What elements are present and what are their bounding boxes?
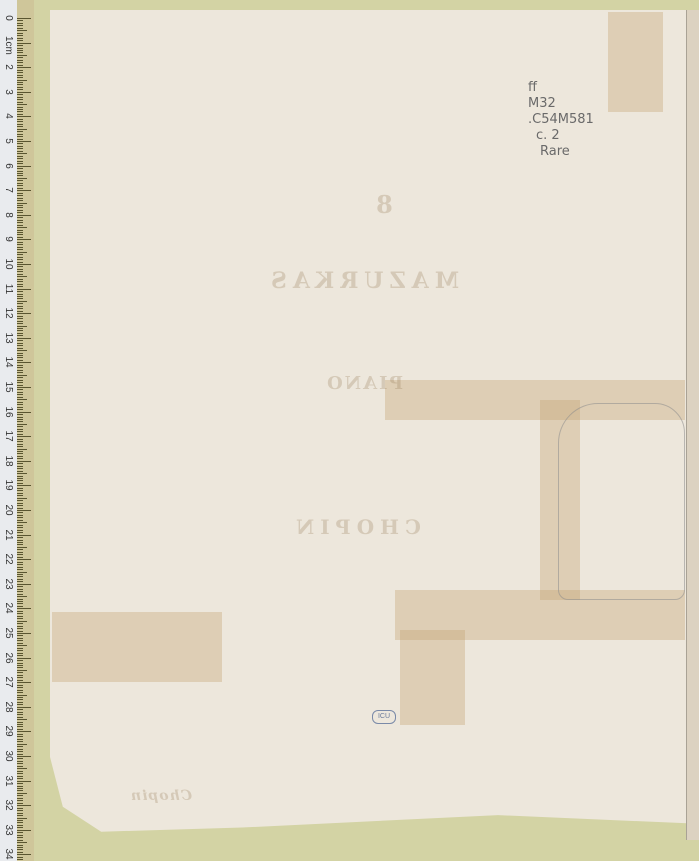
ruler-tick <box>17 77 23 78</box>
ruler-tick <box>17 131 23 132</box>
ruler-tick <box>17 163 23 164</box>
tape-stain-top-right <box>608 12 663 112</box>
ruler-tick <box>17 778 23 779</box>
ruler-tick <box>17 183 23 184</box>
ruler-tick <box>17 417 23 418</box>
ruler-tick <box>17 854 31 855</box>
ruler-label: 34 <box>3 847 13 861</box>
ruler-tick <box>17 754 23 755</box>
ruler-tick <box>17 343 23 344</box>
ruler-tick <box>17 557 23 558</box>
ruler-tick <box>17 763 23 764</box>
ruler-tick <box>17 722 23 723</box>
ruler-tick <box>17 485 31 486</box>
ruler-tick <box>17 500 23 501</box>
ruler-tick <box>17 672 23 673</box>
ruler-tick <box>17 20 23 21</box>
ruler-tick <box>17 773 23 774</box>
ruler-tick <box>17 832 23 833</box>
ruler-tick <box>17 338 31 339</box>
ruler-tick <box>17 731 31 732</box>
ruler-tick <box>17 685 23 686</box>
ruler-tick <box>17 756 31 757</box>
ruler-tick <box>17 490 23 491</box>
ruler-tick <box>17 493 23 494</box>
ruler-tick <box>17 372 23 373</box>
ruler-tick <box>17 633 31 634</box>
ruler-tick <box>17 311 23 312</box>
ruler-label: 30 <box>3 749 13 763</box>
ruler-tick <box>17 508 23 509</box>
ruler-tick <box>17 468 23 469</box>
ruler-tick <box>17 535 31 536</box>
ruler-tick <box>17 522 27 523</box>
ruler-tick <box>17 746 23 747</box>
ruler-tick <box>17 67 31 68</box>
ruler-tick <box>17 771 23 772</box>
ruler-tick <box>17 289 31 290</box>
ruler-tick <box>17 729 23 730</box>
ruler-tick <box>17 217 23 218</box>
ruler-tick <box>17 291 23 292</box>
ruler-tick <box>17 97 23 98</box>
ruler-tick <box>17 847 23 848</box>
ruler-tick <box>17 414 23 415</box>
ruler-tick <box>17 734 23 735</box>
tape-stain-left <box>52 612 222 682</box>
ruler-tick <box>17 33 23 34</box>
ruler-tick <box>17 650 23 651</box>
ruler-tick <box>17 72 23 73</box>
ruler-tick <box>17 166 31 167</box>
ruler-tick <box>17 564 23 565</box>
ruler-tick <box>17 48 23 49</box>
ruler-tick <box>17 495 23 496</box>
ruler-tick <box>17 645 27 646</box>
ruler-tick <box>17 397 23 398</box>
ruler-tick <box>17 25 23 26</box>
bleed-instrument: PIANO <box>325 373 403 394</box>
ruler-tick <box>17 707 31 708</box>
tape-stain-lower <box>400 630 465 725</box>
ruler-tick <box>17 613 23 614</box>
ruler-tick <box>17 129 27 130</box>
ruler-label: 22 <box>3 552 13 566</box>
ruler-tick <box>17 736 23 737</box>
ruler-tick <box>17 815 23 816</box>
ruler-tick <box>17 635 23 636</box>
ruler-tick <box>17 424 27 425</box>
ruler-tick <box>17 690 23 691</box>
ruler-tick <box>17 409 23 410</box>
ruler-tick <box>17 611 23 612</box>
ruler-tick <box>17 699 23 700</box>
ruler-tick <box>17 121 23 122</box>
ruler-tick <box>17 822 23 823</box>
ruler-tick <box>17 269 23 270</box>
ruler-tick <box>17 449 27 450</box>
ruler-tick <box>17 530 23 531</box>
ruler-tick <box>17 761 23 762</box>
ruler-tick <box>17 594 23 595</box>
ruler-tick <box>17 461 31 462</box>
ruler-tick <box>17 544 23 545</box>
ruler-tick <box>17 119 23 120</box>
ruler-tick <box>17 692 23 693</box>
ruler-tick <box>17 421 23 422</box>
ruler-tick <box>17 198 23 199</box>
ruler-tick <box>17 321 23 322</box>
ruler-tick <box>17 230 23 231</box>
ruler-tick <box>17 549 23 550</box>
ruler-tick <box>17 665 23 666</box>
ruler-tick <box>17 859 23 860</box>
ruler-tick <box>17 247 23 248</box>
ruler-tick <box>17 139 23 140</box>
ruler-tick <box>17 562 23 563</box>
ruler-tick <box>17 719 27 720</box>
ruler-tick <box>17 168 23 169</box>
ruler-label: 33 <box>3 823 13 837</box>
ruler-tick <box>17 820 23 821</box>
ruler-tick <box>17 89 23 90</box>
ruler-tick <box>17 301 27 302</box>
ruler-tick <box>17 340 23 341</box>
ruler-tick <box>17 766 23 767</box>
ruler-tick <box>17 488 23 489</box>
ruler-tick <box>17 175 23 176</box>
ruler-tick <box>17 38 23 39</box>
ruler-tick <box>17 227 27 228</box>
ruler-label: 3 <box>3 85 13 99</box>
ruler-tick <box>17 576 23 577</box>
ruler-tick <box>17 57 23 58</box>
ruler-tick <box>17 328 23 329</box>
ruler-tick <box>17 259 23 260</box>
ruler-tick <box>17 402 23 403</box>
ruler-tick <box>17 357 23 358</box>
ruler-tick <box>17 23 23 24</box>
ruler-tick <box>17 207 23 208</box>
ruler-tick <box>17 512 23 513</box>
ruler-tick <box>17 429 23 430</box>
ruler-tick <box>17 643 23 644</box>
ruler-tick <box>17 628 23 629</box>
ruler-tick <box>17 380 23 381</box>
ruler-tick <box>17 825 23 826</box>
ruler-label: 26 <box>3 651 13 665</box>
ruler-tick <box>17 392 23 393</box>
ruler-tick <box>17 618 23 619</box>
pencil-call-number: ff M32 .C54M581 c. 2 Rare <box>528 80 594 160</box>
ruler-label: 7 <box>3 183 13 197</box>
ruler-tick <box>17 375 27 376</box>
ruler-tick <box>17 412 31 413</box>
ruler-tick <box>17 621 27 622</box>
ruler-tick <box>17 116 31 117</box>
bleed-composer: CHOPIN <box>290 515 421 539</box>
ruler-tick <box>17 675 23 676</box>
library-stamp: ICU <box>372 710 396 724</box>
ruler-tick <box>17 84 23 85</box>
ruler-tick <box>17 151 23 152</box>
ruler-tick <box>17 254 23 255</box>
ruler-tick <box>17 104 27 105</box>
ruler-tick <box>17 849 23 850</box>
ruler-tick <box>17 793 27 794</box>
ruler-tick <box>17 525 23 526</box>
ruler-tick <box>17 658 31 659</box>
ruler-label: 28 <box>3 700 13 714</box>
ruler-tick <box>17 483 23 484</box>
ruler-tick <box>17 599 23 600</box>
ruler-tick <box>17 446 23 447</box>
ruler-tick <box>17 744 27 745</box>
ruler-tick <box>17 355 23 356</box>
ruler-tick <box>17 362 31 363</box>
ruler-tick <box>17 537 23 538</box>
ruler-tick <box>17 786 23 787</box>
ruler-tick <box>17 608 31 609</box>
ruler-tick <box>17 547 27 548</box>
ruler-tick <box>17 648 23 649</box>
ruler-tick <box>17 30 27 31</box>
ruler-tick <box>17 724 23 725</box>
ruler-tick <box>17 365 23 366</box>
ruler-tick <box>17 704 23 705</box>
ruler-tick <box>17 264 31 265</box>
note-line: .C54M581 <box>528 112 594 128</box>
ruler-tick <box>17 670 27 671</box>
ruler-tick <box>17 480 23 481</box>
ruler-tick <box>17 667 23 668</box>
ruler-tick <box>17 579 23 580</box>
ruler-tick <box>17 456 23 457</box>
ruler-tick <box>17 188 23 189</box>
ruler-tick <box>17 569 23 570</box>
ruler-tick <box>17 776 23 777</box>
ruler-tick <box>17 419 23 420</box>
ruler-tick <box>17 185 23 186</box>
note-line: ff <box>528 80 594 96</box>
ruler-tick <box>17 326 27 327</box>
ruler-tick <box>17 591 23 592</box>
ruler-tick <box>17 840 23 841</box>
ruler-label: 29 <box>3 724 13 738</box>
ruler-tick <box>17 60 23 61</box>
ruler-tick <box>17 200 23 201</box>
note-line: M32 <box>528 96 594 112</box>
tear-line <box>558 403 685 600</box>
binding-edge <box>686 10 699 840</box>
ruler-tick <box>17 434 23 435</box>
note-line: c. 2 <box>528 128 594 144</box>
ruler-tick <box>17 714 23 715</box>
ruler-tick <box>17 663 23 664</box>
ruler-tick <box>17 682 31 683</box>
ruler-label: 5 <box>3 134 13 148</box>
ruler-label: 31 <box>3 774 13 788</box>
ruler-label: 1cm <box>3 36 13 50</box>
ruler-tick <box>17 552 23 553</box>
ruler-tick <box>17 262 23 263</box>
ruler-label: 21 <box>3 528 13 542</box>
ruler-tick <box>17 335 23 336</box>
ruler-tick <box>17 158 23 159</box>
ruler-label: 8 <box>3 208 13 222</box>
ruler-tick <box>17 527 23 528</box>
ruler-tick <box>17 62 23 63</box>
ruler-tick <box>17 431 23 432</box>
ruler-tick <box>17 702 23 703</box>
ruler-tick <box>17 407 23 408</box>
ruler-label: 15 <box>3 380 13 394</box>
ruler-tick <box>17 426 23 427</box>
ruler-tick <box>17 111 23 112</box>
ruler-tick <box>17 330 23 331</box>
ruler-tick <box>17 303 23 304</box>
ruler-tick <box>17 790 23 791</box>
ruler-tick <box>17 18 31 19</box>
ruler-tick <box>17 294 23 295</box>
ruler-tick <box>17 52 23 53</box>
ruler-tick <box>17 781 31 782</box>
ruler-tick <box>17 818 27 819</box>
ruler-tick <box>17 542 23 543</box>
ruler-tick <box>17 203 27 204</box>
ruler-tick <box>17 842 27 843</box>
ruler-tick <box>17 478 23 479</box>
ruler-tick <box>17 631 23 632</box>
ruler-tick <box>17 441 23 442</box>
ruler-tick <box>17 626 23 627</box>
ruler-label: 9 <box>3 232 13 246</box>
ruler-tick <box>17 660 23 661</box>
ruler-tick <box>17 87 23 88</box>
ruler-tick <box>17 345 23 346</box>
ruler-tick <box>17 353 23 354</box>
ruler-tick <box>17 107 23 108</box>
ruler-tick <box>17 225 23 226</box>
ruler-tick <box>17 146 23 147</box>
ruler-tick <box>17 377 23 378</box>
ruler-label: 16 <box>3 405 13 419</box>
ruler-tick <box>17 382 23 383</box>
ruler-tick <box>17 143 23 144</box>
ruler-tick <box>17 399 27 400</box>
ruler-tick <box>17 510 31 511</box>
ruler-tick <box>17 367 23 368</box>
ruler-tick <box>17 805 31 806</box>
ruler-tick <box>17 830 31 831</box>
ruler-tick <box>17 768 27 769</box>
ruler-tick <box>17 360 23 361</box>
ruler-tick <box>17 589 23 590</box>
bleed-signature: Chopin <box>130 788 192 804</box>
ruler-tick <box>17 712 23 713</box>
ruler-tick <box>17 798 23 799</box>
ruler-tick <box>17 638 23 639</box>
ruler-tick <box>17 75 23 76</box>
ruler-tick <box>17 554 23 555</box>
ruler-tick <box>17 45 23 46</box>
ruler-label: 24 <box>3 601 13 615</box>
ruler-tick <box>17 35 23 36</box>
ruler-tick <box>17 655 23 656</box>
ruler-tick <box>17 43 31 44</box>
ruler-label: 0 <box>3 11 13 25</box>
ruler-tick <box>17 436 31 437</box>
ruler-tick <box>17 40 23 41</box>
ruler-tick <box>17 239 31 240</box>
ruler-tick <box>17 795 23 796</box>
ruler-tick <box>17 581 23 582</box>
ruler-label: 10 <box>3 257 13 271</box>
ruler-tick <box>17 584 31 585</box>
ruler-tick <box>17 220 23 221</box>
ruler-tick <box>17 82 23 83</box>
ruler-tick <box>17 586 23 587</box>
ruler-tick <box>17 515 23 516</box>
ruler-tick <box>17 532 23 533</box>
ruler-tick <box>17 463 23 464</box>
ruler-tick <box>17 596 27 597</box>
ruler-tick <box>17 606 23 607</box>
ruler-tick <box>17 222 23 223</box>
ruler-tick <box>17 161 23 162</box>
ruler-tick <box>17 171 23 172</box>
ruler-tick <box>17 439 23 440</box>
ruler-tick <box>17 803 23 804</box>
ruler-tick <box>17 574 23 575</box>
ruler-tick <box>17 94 23 95</box>
ruler-tick <box>17 458 23 459</box>
ruler-tick <box>17 318 23 319</box>
ruler-tick <box>17 476 23 477</box>
ruler-label: 2 <box>3 60 13 74</box>
ruler-tick <box>17 190 31 191</box>
ruler-tick <box>17 308 23 309</box>
ruler-tick <box>17 195 23 196</box>
ruler-tick <box>17 323 23 324</box>
ruler-tick <box>17 709 23 710</box>
measuring-ruler: 01cm234567891011121314151617181920212223… <box>0 0 34 861</box>
ruler-tick <box>17 70 23 71</box>
ruler-tick <box>17 473 27 474</box>
ruler-tick <box>17 800 23 801</box>
bleed-number: 8 <box>370 190 393 219</box>
ruler-label: 12 <box>3 306 13 320</box>
ruler-tick <box>17 205 23 206</box>
ruler-tick <box>17 109 23 110</box>
ruler-tick <box>17 215 31 216</box>
ruler-label: 6 <box>3 159 13 173</box>
ruler-tick <box>17 333 23 334</box>
ruler-tick <box>17 517 23 518</box>
ruler-tick <box>17 114 23 115</box>
ruler-tick <box>17 783 23 784</box>
ruler-tick <box>17 370 23 371</box>
ruler-tick <box>17 394 23 395</box>
bleed-title: MAZURKAS <box>265 268 459 294</box>
ruler-tick <box>17 124 23 125</box>
ruler-tick <box>17 758 23 759</box>
ruler-tick <box>17 316 23 317</box>
ruler-tick <box>17 153 27 154</box>
ruler-tick <box>17 741 23 742</box>
ruler-label: 18 <box>3 454 13 468</box>
ruler-tick <box>17 348 23 349</box>
